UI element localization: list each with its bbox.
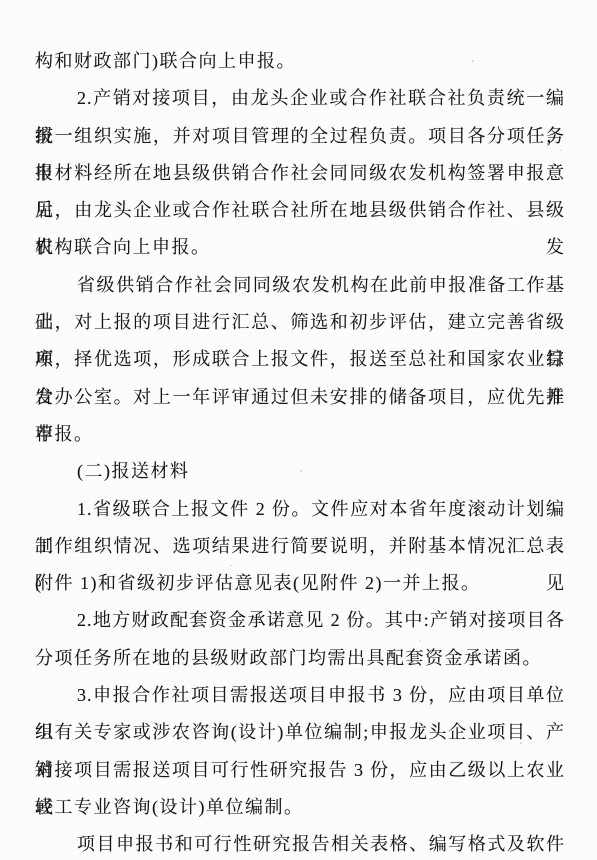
text-line: 申报。 [35,416,565,453]
text-line: 分项任务所在地的县级财政部门均需出具配套资金承诺函。 [35,640,565,677]
text-line: 统一组织实施，并对项目管理的全过程负责。项目各分项任务申 [35,118,565,155]
document-text: 构和财政部门)联合向上申报。2.产销对接项目，由龙头企业或合作社联合社负责统一编… [35,43,565,860]
scan-speck [420,640,421,642]
text-line: 省级供销合作社会同同级农发机构在此前申报准备工作基础 [35,267,565,304]
text-line: 3.申报合作社项目需报送项目申报书 3 份，应由项目单位组 [35,677,565,714]
scan-speck [520,742,522,744]
text-line: 2.地方财政配套资金承诺意见 2 份。其中:产销对接项目各 [35,602,565,639]
text-line: 上，对上报的项目进行汇总、筛选和初步评估，建立完善省级项目 [35,304,565,341]
scan-speck [560,150,562,151]
text-line: 库，择优选项，形成联合上报文件，报送至总社和国家农业综合开 [35,341,565,378]
text-line: 织有关专家或涉农咨询(设计)单位编制;申报龙头企业项目、产销 [35,714,565,751]
text-line: 1.省级联合上报文件 2 份。文件应对本省年度滚动计划编制 [35,491,565,528]
text-line: 对接项目需报送项目可行性研究报告 3 份，应由乙级以上农业或 [35,752,565,789]
scan-speck [300,470,302,472]
text-line: 后，由龙头企业或合作社联合社所在地县级供销合作社、县级农发 [35,192,565,229]
text-line: 发办公室。对上一年评审通过但未安排的储备项目，应优先推荐 [35,379,565,416]
scan-speck [472,60,474,62]
document-page: 构和财政部门)联合向上申报。2.产销对接项目，由龙头企业或合作社联合社负责统一编… [0,0,597,860]
text-line: 构和财政部门)联合向上申报。 [35,43,565,80]
text-line: 工作组织情况、选项结果进行简要说明，并附基本情况汇总表(见 [35,528,565,565]
text-line: 轻工专业咨询(设计)单位编制。 [35,789,565,826]
scan-speck [230,565,232,566]
text-line: 项目申报书和可行性研究报告相关表格、编写格式及软件参 [35,826,565,860]
text-line: 报材料经所在地县级供销合作社会同同级农发机构签署申报意见 [35,155,565,192]
text-line: 2.产销对接项目，由龙头企业或合作社联合社负责统一编报， [35,80,565,117]
